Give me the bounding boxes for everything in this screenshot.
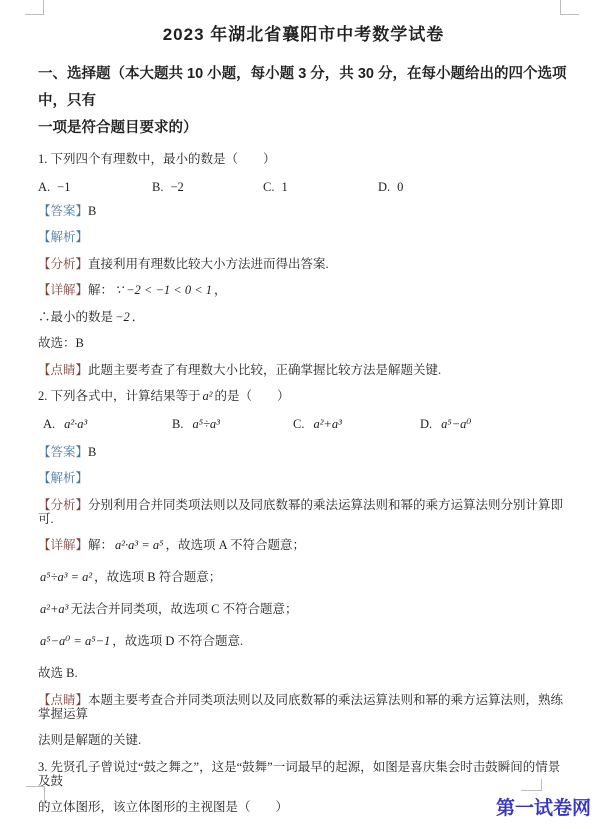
q2-answer-value: B bbox=[88, 445, 96, 459]
q2-analysis: 【分析】分别利用合并同类项法则以及同底数幂的乘法运算法则和幂的乘方运算法则分别计… bbox=[38, 498, 569, 526]
crop-corner-top-left-icon bbox=[25, 0, 44, 15]
q1-options: A.−1 B.−2 C.1 D.0 bbox=[38, 179, 569, 195]
q1-detail: 【详解】解：∵ −2 < −1 < 0 < 1， bbox=[38, 283, 569, 297]
q2-analysis-header: 【解析】 bbox=[38, 471, 569, 485]
site-watermark: 第一试卷网 bbox=[496, 793, 591, 820]
q1-conclusion: 故选：B bbox=[38, 336, 569, 350]
answer-label: 【答案】 bbox=[38, 445, 88, 459]
q2-option-c: C.a²+a³ bbox=[293, 416, 420, 432]
q1-answer: 【答案】B bbox=[38, 204, 569, 218]
q3-stem-line2: 的立体图形，该立体图形的主视图是（ ） bbox=[38, 800, 569, 814]
q2-tip-line1: 【点睛】本题主要考查合并同类项法则以及同底数幂的乘法运算法则和幂的乘方运算法则，… bbox=[38, 693, 569, 721]
dianjing-label: 【点睛】 bbox=[38, 363, 88, 377]
crop-corner-bottom-left-icon bbox=[26, 786, 45, 807]
exam-document-page: 2023 年湖北省襄阳市中考数学试卷 一、选择题（本大题共 10 小题，每小题 … bbox=[0, 0, 599, 829]
q1-stem: 1. 下列四个有理数中，最小的数是（ ） bbox=[38, 152, 569, 166]
q2-detail-line2: a⁵÷a³ = a²，故选项 B 符合题意； bbox=[38, 570, 569, 584]
q2-conclusion: 故选 B. bbox=[38, 666, 569, 680]
q1-option-b: B.−2 bbox=[152, 179, 263, 195]
q2-detail-line3: a²+a³无法合并同类项，故选项 C 不符合题意； bbox=[38, 602, 569, 616]
q1-option-d: D.0 bbox=[378, 179, 569, 195]
q2-stem: 2. 下列各式中，计算结果等于a²的是（ ） bbox=[38, 389, 569, 403]
q2-option-d: D.a⁵−a⁰ bbox=[420, 416, 569, 432]
q1-option-c: C.1 bbox=[263, 179, 378, 195]
fenxi-label: 【分析】 bbox=[38, 257, 88, 271]
answer-label: 【答案】 bbox=[38, 204, 88, 218]
q1-tip: 【点睛】此题主要考查了有理数大小比较，正确掌握比较方法是解题关键. bbox=[38, 363, 569, 377]
q2-answer: 【答案】B bbox=[38, 445, 569, 459]
q1-option-a: A.−1 bbox=[38, 179, 152, 195]
q1-analysis-header: 【解析】 bbox=[38, 230, 569, 244]
crop-corner-bottom-right-icon bbox=[521, 779, 542, 791]
fenxi-label: 【分析】 bbox=[38, 498, 88, 512]
q2-detail-line1: 【详解】解：a²·a³ = a⁵，故选项 A 不符合题意； bbox=[38, 538, 569, 552]
xiangjie-label: 【详解】 bbox=[38, 283, 88, 297]
q2-tip-line2: 法则是解题的关键. bbox=[38, 733, 569, 747]
q1-analysis: 【分析】直接利用有理数比较大小方法进而得出答案. bbox=[38, 257, 569, 271]
dianjing-label: 【点睛】 bbox=[38, 693, 88, 707]
q1-detail-line2: ∴最小的数是−2． bbox=[38, 310, 569, 324]
q2-option-a: A.a²·a³ bbox=[43, 416, 172, 432]
crop-corner-top-right-icon bbox=[560, 0, 579, 15]
section-heading-line1: 一、选择题（本大题共 10 小题，每小题 3 分，共 30 分，在每小题给出的四… bbox=[38, 61, 569, 115]
q1-answer-value: B bbox=[88, 204, 96, 218]
q2-stem-formula: a² bbox=[201, 389, 215, 403]
exam-title: 2023 年湖北省襄阳市中考数学试卷 bbox=[38, 20, 569, 45]
q2-options: A.a²·a³ B.a⁵÷a³ C.a²+a³ D.a⁵−a⁰ bbox=[38, 416, 569, 432]
xiangjie-label: 【详解】 bbox=[38, 538, 88, 552]
document-content: 2023 年湖北省襄阳市中考数学试卷 一、选择题（本大题共 10 小题，每小题 … bbox=[0, 0, 599, 814]
q2-option-b: B.a⁵÷a³ bbox=[172, 416, 293, 432]
q1-detail-formula: ∵ −2 < −1 < 0 < 1 bbox=[113, 283, 214, 297]
q2-detail-line4: a⁵−a⁰ = a⁵−1，故选项 D 不符合题意. bbox=[38, 634, 569, 648]
section-heading-line2: 一项是符合题目要求的） bbox=[38, 115, 569, 142]
q3-stem-line1: 3. 先贤孔子曾说过“鼓之舞之”，这是“鼓舞”一词最早的起源，如图是喜庆集会时击… bbox=[38, 760, 569, 788]
